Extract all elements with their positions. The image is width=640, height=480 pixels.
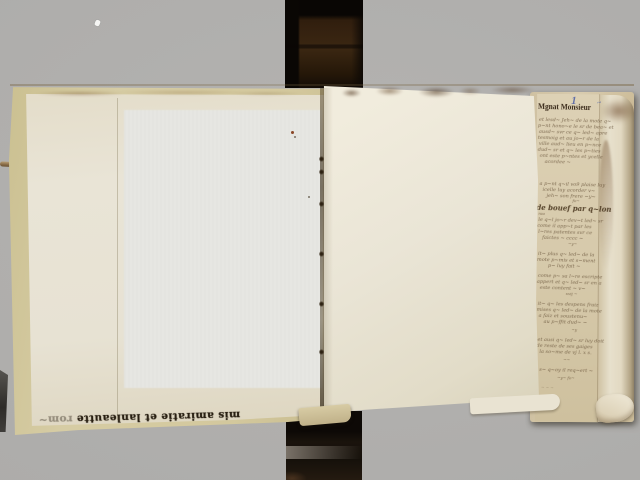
manuscript-line: p~ luy fait ~ xyxy=(548,264,581,270)
manuscript-line: fo~ xyxy=(572,199,579,203)
rust-spot xyxy=(291,131,294,134)
manuscript-line: ~ ~ ~ xyxy=(541,386,554,390)
manuscript-line: xvij ~ xyxy=(566,292,578,296)
manuscript-line: ~y xyxy=(571,328,577,332)
manuscript-line: au p~ffit dud~ ~ xyxy=(543,320,587,326)
cover-edge-shadow xyxy=(0,370,8,432)
manuscript-line: jeh~ son frere ~y~ xyxy=(546,194,595,200)
manuscript-line: ~y~ fo~ xyxy=(557,376,575,380)
left-page-top-stain xyxy=(30,88,308,98)
folio-number: 1 xyxy=(571,95,577,107)
manuscript-line: s~ q~oy il req~ert ~ xyxy=(539,368,593,375)
gutter-stitch xyxy=(319,169,324,175)
photo-stage: mis amiratie et lanleautte rom~ Mgnat Mo… xyxy=(0,0,640,480)
manuscript-line: de bouef par q~lon xyxy=(536,204,611,213)
inscription-faded-text: rom~ xyxy=(38,413,76,426)
right-blank-page xyxy=(322,84,540,418)
flyspeck xyxy=(308,196,310,198)
left-page-crease xyxy=(117,98,118,420)
gutter-stitch xyxy=(319,201,324,207)
manuscript-leaf: Mgnat Monsieur 1 et lesd~ Jeh~ de la mot… xyxy=(535,94,600,422)
manuscript-line: este content ~ v~ xyxy=(540,286,586,292)
gutter-stitch xyxy=(319,251,324,257)
scorch-marks xyxy=(326,84,538,104)
dust-speck xyxy=(94,19,101,26)
manuscript-line: rao xyxy=(538,212,545,216)
flyspeck xyxy=(294,136,296,138)
gutter-stitch xyxy=(319,301,324,307)
cradle-wood-wedge xyxy=(286,465,316,480)
inset-white-sheet xyxy=(124,110,322,388)
manuscript-line: acordee ~ xyxy=(545,160,571,166)
gutter-stitch xyxy=(319,156,324,162)
inverted-blackletter-inscription: mis amiratie et lanleautte rom~ xyxy=(50,399,240,426)
manuscript-heading: Mgnat Monsieur xyxy=(538,102,591,112)
manuscript-line: ~y~ xyxy=(568,242,577,246)
manuscript-line: ~~ xyxy=(563,358,570,362)
gutter-stitch xyxy=(319,349,324,355)
manuscript-line: la so~me de vj l. x s. xyxy=(539,350,591,356)
book-top-edge xyxy=(10,84,634,86)
